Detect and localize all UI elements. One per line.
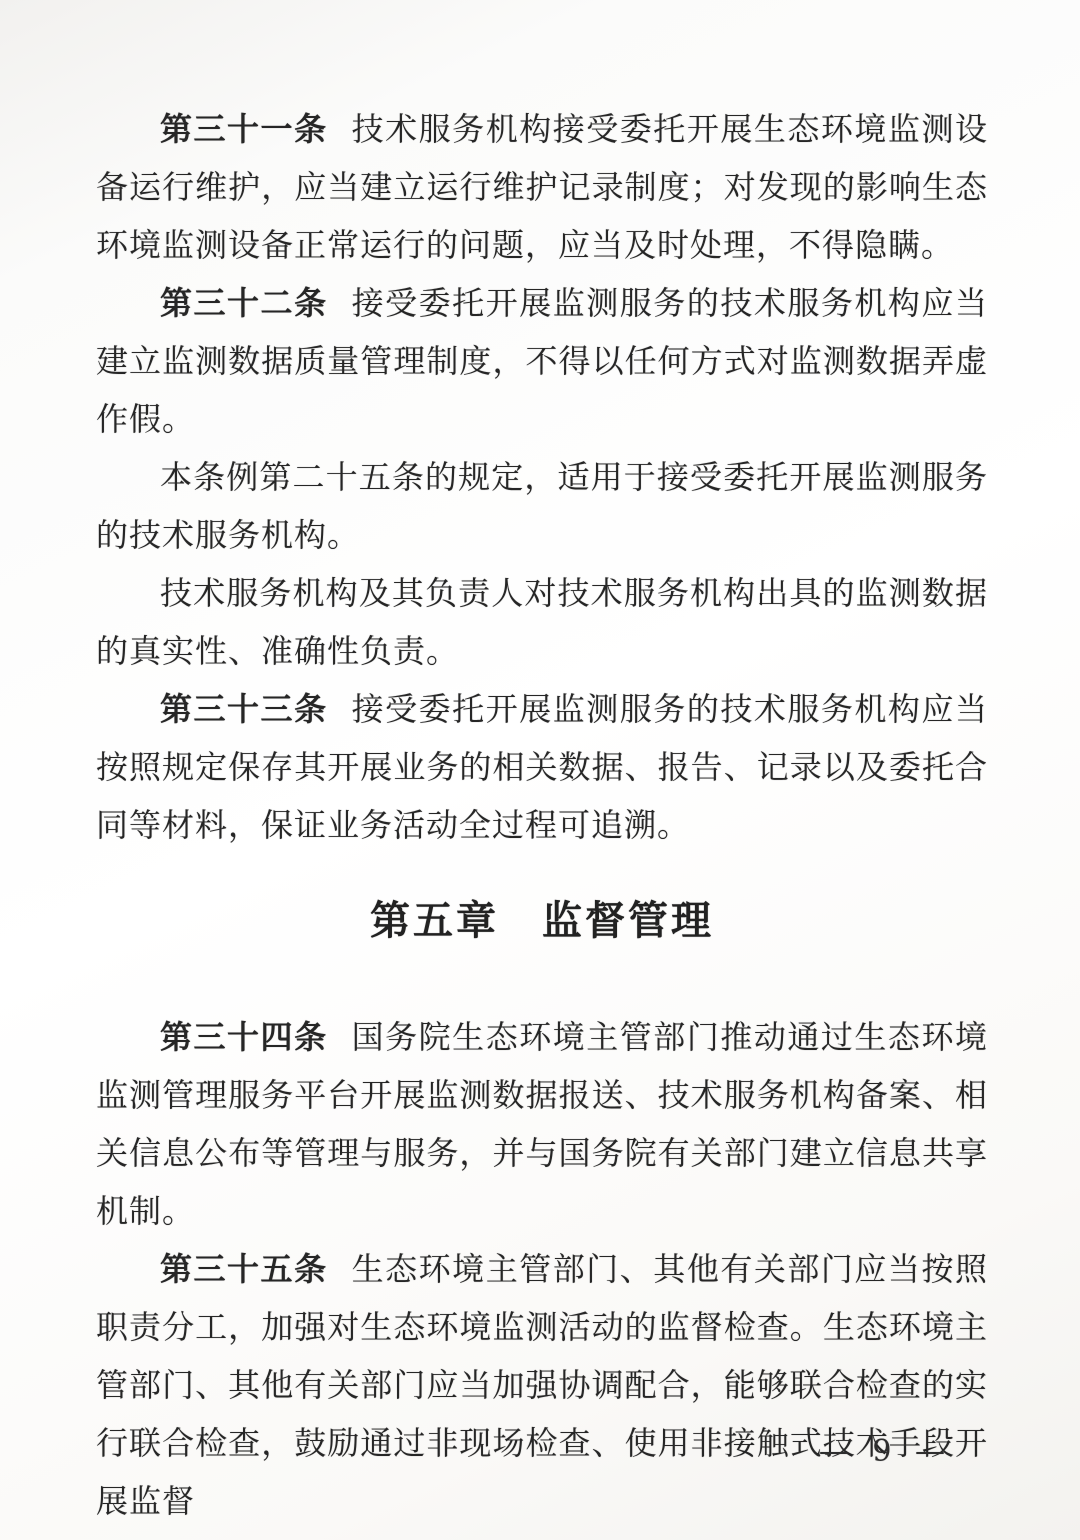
article-35-text: 生态环境主管部门、其他有关部门应当按照职责分工，加强对生态环境监测活动的监督检查… bbox=[96, 1250, 988, 1520]
page-number: — 9 — bbox=[819, 1434, 952, 1469]
article-34-paragraph: 第三十四条国务院生态环境主管部门推动通过生态环境监测管理服务平台开展监测数据报送… bbox=[96, 1008, 988, 1240]
article-35-number: 第三十五条 bbox=[160, 1250, 328, 1288]
article-32-clause-2-paragraph: 本条例第二十五条的规定，适用于接受委托开展监测服务的技术服务机构。 bbox=[96, 448, 988, 564]
article-34-number: 第三十四条 bbox=[160, 1018, 328, 1056]
article-32-clause-3-text: 技术服务机构及其负责人对技术服务机构出具的监测数据的真实性、准确性负责。 bbox=[96, 574, 988, 670]
article-31-paragraph: 第三十一条技术服务机构接受委托开展生态环境监测设备运行维护，应当建立运行维护记录… bbox=[96, 100, 988, 274]
article-32-number: 第三十二条 bbox=[160, 284, 328, 322]
chapter-heading: 第五章 监督管理 bbox=[96, 892, 988, 950]
article-32-clause-2-text: 本条例第二十五条的规定，适用于接受委托开展监测服务的技术服务机构。 bbox=[96, 458, 988, 554]
scanned-document-page: 第三十一条技术服务机构接受委托开展生态环境监测设备运行维护，应当建立运行维护记录… bbox=[0, 0, 1080, 1540]
article-33-paragraph: 第三十三条接受委托开展监测服务的技术服务机构应当按照规定保存其开展业务的相关数据… bbox=[96, 680, 988, 854]
document-body: 第三十一条技术服务机构接受委托开展生态环境监测设备运行维护，应当建立运行维护记录… bbox=[96, 100, 988, 1530]
article-33-number: 第三十三条 bbox=[160, 690, 328, 728]
article-35-paragraph: 第三十五条生态环境主管部门、其他有关部门应当按照职责分工，加强对生态环境监测活动… bbox=[96, 1240, 988, 1530]
article-32-clause-3-paragraph: 技术服务机构及其负责人对技术服务机构出具的监测数据的真实性、准确性负责。 bbox=[96, 564, 988, 680]
article-32-paragraph: 第三十二条接受委托开展监测服务的技术服务机构应当建立监测数据质量管理制度，不得以… bbox=[96, 274, 988, 448]
article-31-number: 第三十一条 bbox=[160, 110, 328, 148]
